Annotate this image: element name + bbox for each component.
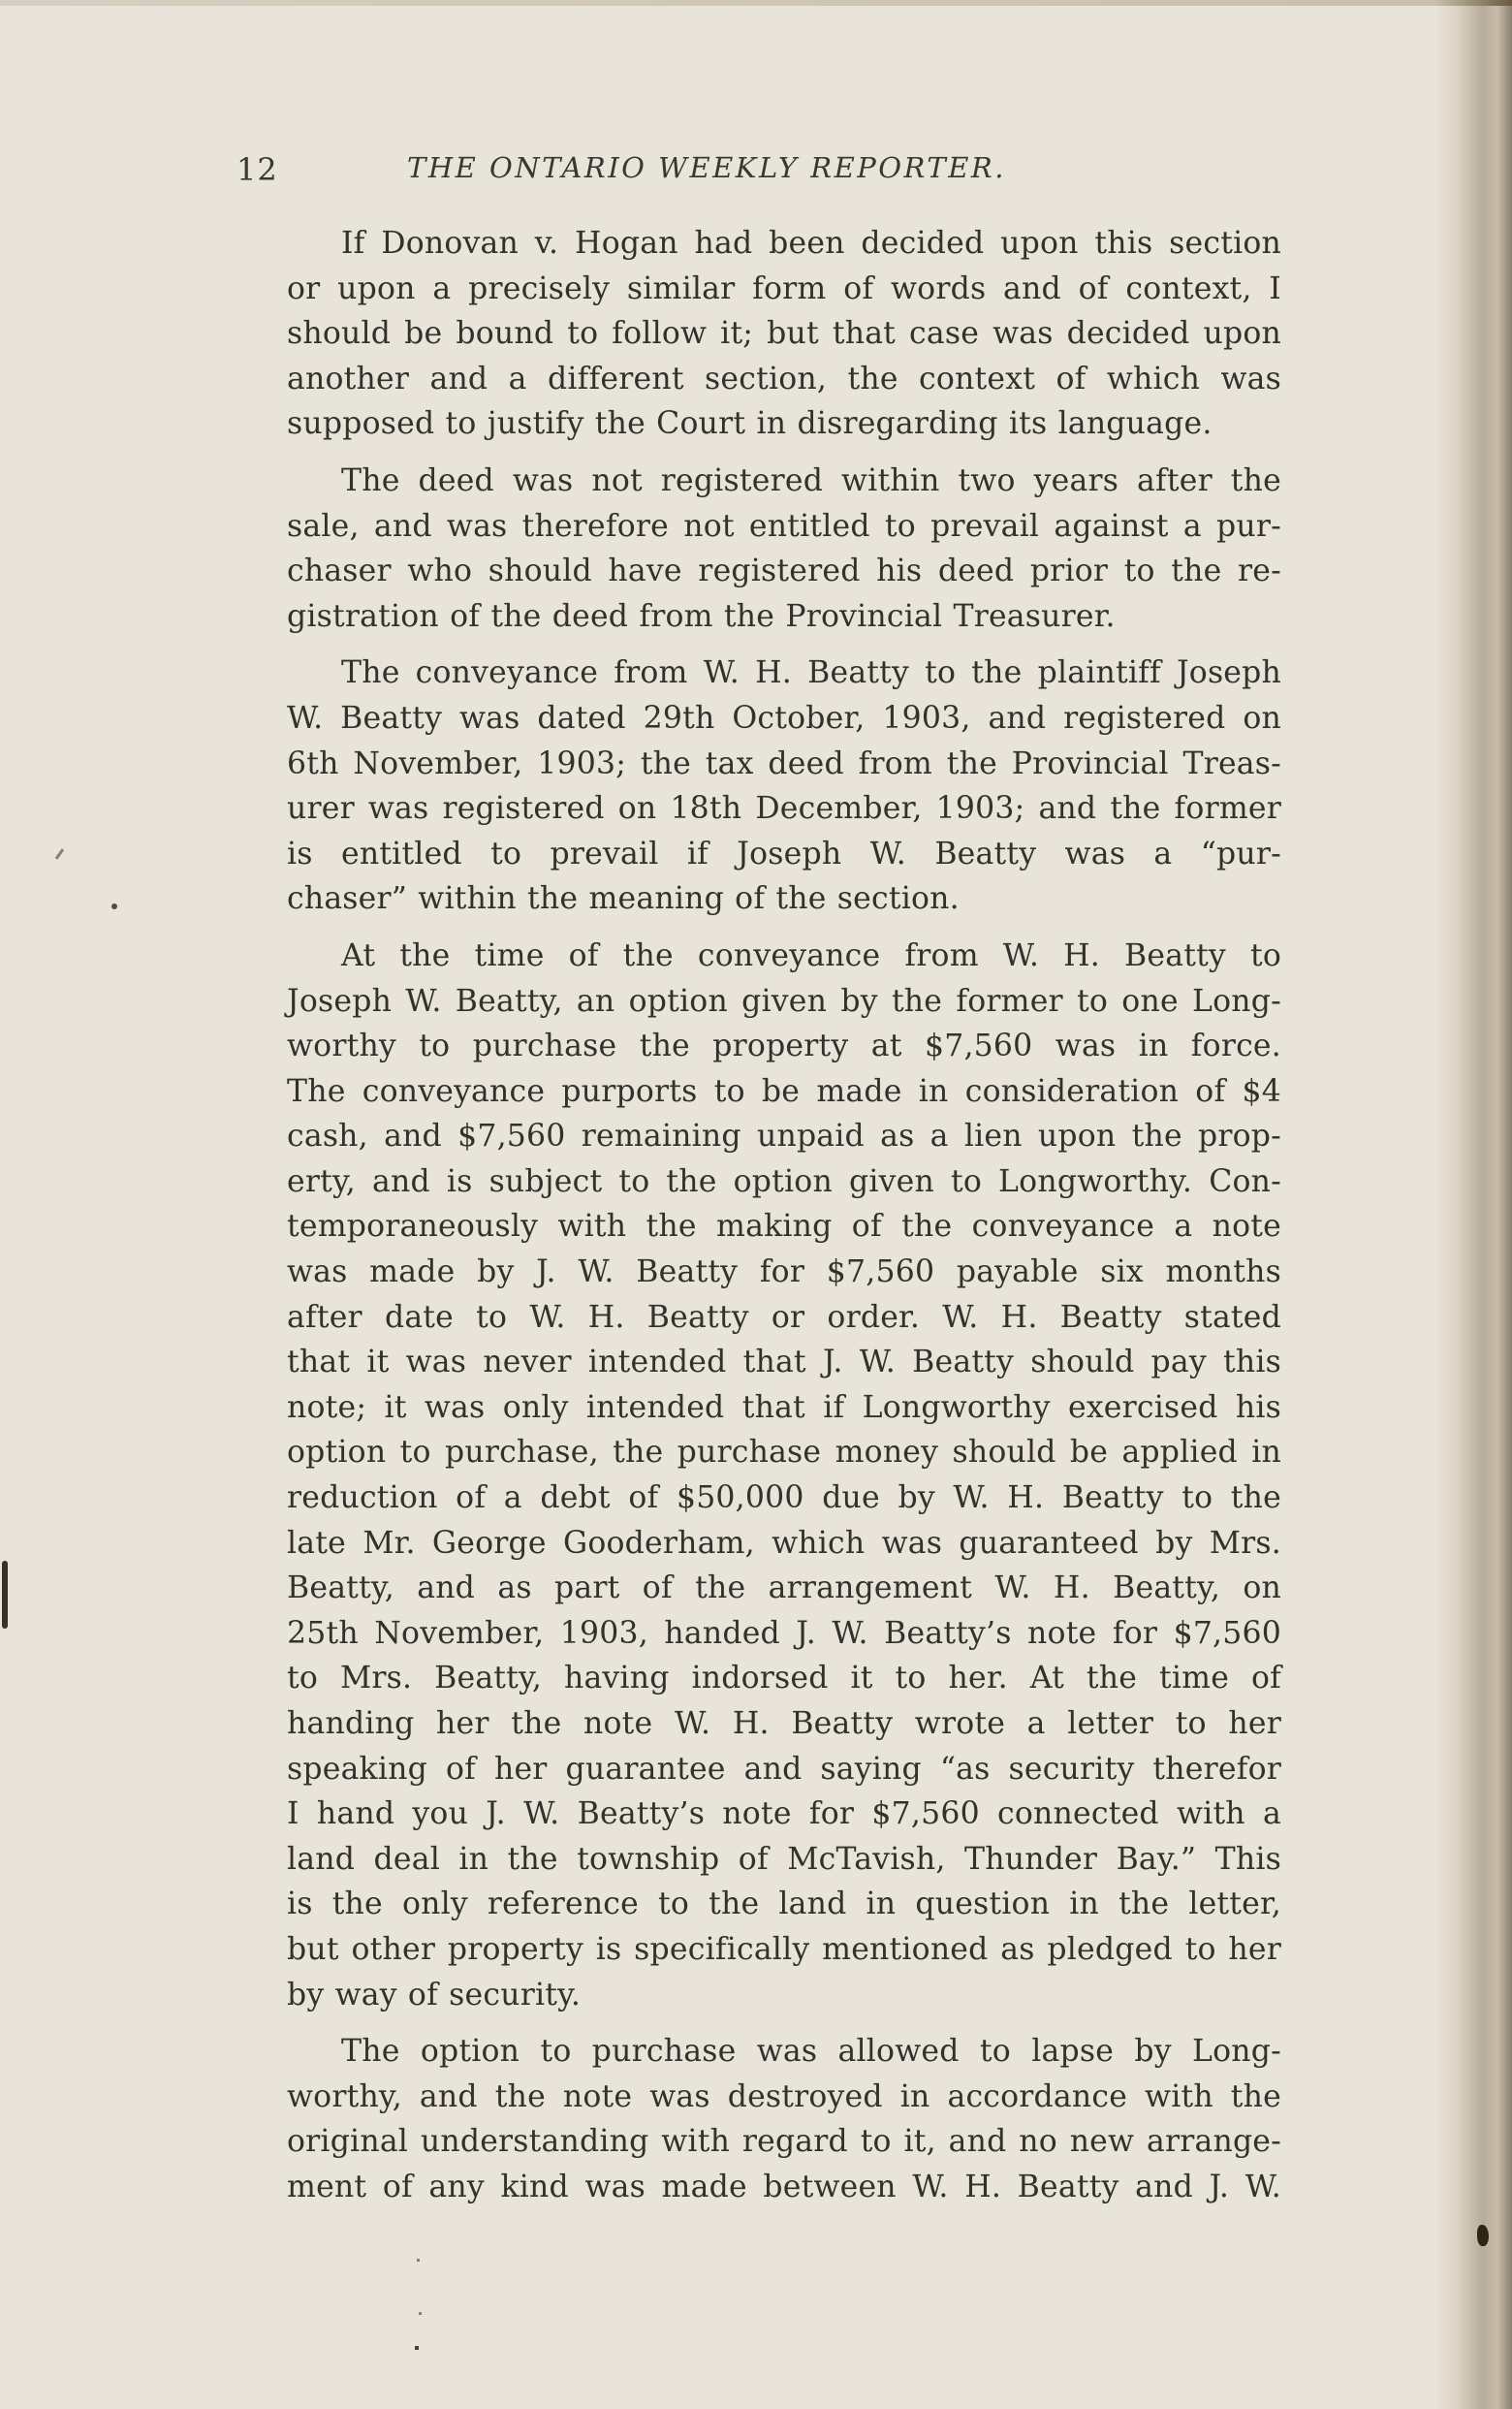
margin-speck [55, 848, 64, 860]
text-line: late Mr. George Gooderham, which was gua… [233, 1521, 1281, 1567]
text-line: The conveyance purports to be made in co… [233, 1069, 1281, 1115]
text-line: W. Beatty was dated 29th October, 1903, … [233, 696, 1281, 742]
text-line: At the time of the conveyance from W. H.… [233, 934, 1281, 979]
text-line: is the only reference to the land in que… [233, 1882, 1281, 1927]
text-line: note; it was only intended that if Longw… [233, 1385, 1281, 1431]
left-edge-mark [2, 1561, 8, 1629]
text-line: The option to purchase was allowed to la… [233, 2029, 1281, 2075]
text-line: supposed to justify the Court in disrega… [233, 401, 1281, 447]
text-line: Joseph W. Beatty, an option given by the… [233, 979, 1281, 1025]
text-line: was made by J. W. Beatty for $7,560 paya… [233, 1250, 1281, 1295]
speck [415, 2346, 419, 2350]
text-line: 25th November, 1903, handed J. W. Beatty… [233, 1611, 1281, 1657]
text-line: speaking of her guarantee and saying “as… [233, 1747, 1281, 1792]
text-line: but other property is specifically menti… [233, 1927, 1281, 1973]
text-line: by way of security. [233, 1973, 1281, 2018]
text-line: or upon a precisely similar form of word… [233, 267, 1281, 312]
page-number: 12 [236, 151, 278, 188]
text-line: The deed was not registered within two y… [233, 459, 1281, 504]
page-header: 12 THE ONTARIO WEEKLY REPORTER. [233, 143, 1279, 192]
margin-dot-mark [111, 903, 117, 909]
text-line: that it was never intended that J. W. Be… [233, 1340, 1281, 1385]
text-line: handing her the note W. H. Beatty wrote … [233, 1701, 1281, 1747]
text-line: option to purchase, the purchase money s… [233, 1430, 1281, 1475]
text-line: temporaneously with the making of the co… [233, 1204, 1281, 1250]
text-line: worthy to purchase the property at $7,56… [233, 1024, 1281, 1069]
text-line: cash, and $7,560 remaining unpaid as a l… [233, 1114, 1281, 1159]
binding-mark [1477, 2225, 1489, 2246]
text-line: original understanding with regard to it… [233, 2119, 1281, 2165]
paragraph: The conveyance from W. H. Beatty to the … [233, 650, 1281, 922]
text-line: another and a different section, the con… [233, 357, 1281, 402]
paragraph: At the time of the conveyance from W. H.… [233, 934, 1281, 2017]
paragraph: The deed was not registered within two y… [233, 459, 1281, 639]
text-line: 6th November, 1903; the tax deed from th… [233, 742, 1281, 787]
text-line: urer was registered on 18th December, 19… [233, 786, 1281, 832]
paragraph: The option to purchase was allowed to la… [233, 2029, 1281, 2209]
speck [419, 2312, 422, 2315]
speck [417, 2259, 420, 2262]
page-top-edge [0, 0, 1512, 6]
running-head: THE ONTARIO WEEKLY REPORTER. [407, 151, 1279, 184]
paragraph: If Donovan v. Hogan had been decided upo… [233, 221, 1281, 447]
text-line: If Donovan v. Hogan had been decided upo… [233, 221, 1281, 267]
text-line: sale, and was therefore not entitled to … [233, 504, 1281, 550]
text-line: chaser who should have registered his de… [233, 549, 1281, 594]
text-line: reduction of a debt of $50,000 due by W.… [233, 1475, 1281, 1521]
text-line: is entitled to prevail if Joseph W. Beat… [233, 832, 1281, 877]
text-line: erty, and is subject to the option given… [233, 1159, 1281, 1205]
text-line: land deal in the township of McTavish, T… [233, 1837, 1281, 1883]
text-line: I hand you J. W. Beatty’s note for $7,56… [233, 1791, 1281, 1837]
text-line: ment of any kind was made between W. H. … [233, 2165, 1281, 2210]
scanned-page: 12 THE ONTARIO WEEKLY REPORTER. If Donov… [0, 0, 1512, 2409]
text-line: should be bound to follow it; but that c… [233, 311, 1281, 357]
text-line: gistration of the deed from the Provinci… [233, 594, 1281, 640]
text-line: Beatty, and as part of the arrangement W… [233, 1566, 1281, 1611]
text-line: after date to W. H. Beatty or order. W. … [233, 1295, 1281, 1341]
text-line: chaser” within the meaning of the sectio… [233, 876, 1281, 922]
text-line: worthy, and the note was destroyed in ac… [233, 2075, 1281, 2120]
text-line: The conveyance from W. H. Beatty to the … [233, 650, 1281, 696]
body-text: If Donovan v. Hogan had been decided upo… [233, 221, 1281, 2222]
text-line: to Mrs. Beatty, having indorsed it to he… [233, 1656, 1281, 1701]
